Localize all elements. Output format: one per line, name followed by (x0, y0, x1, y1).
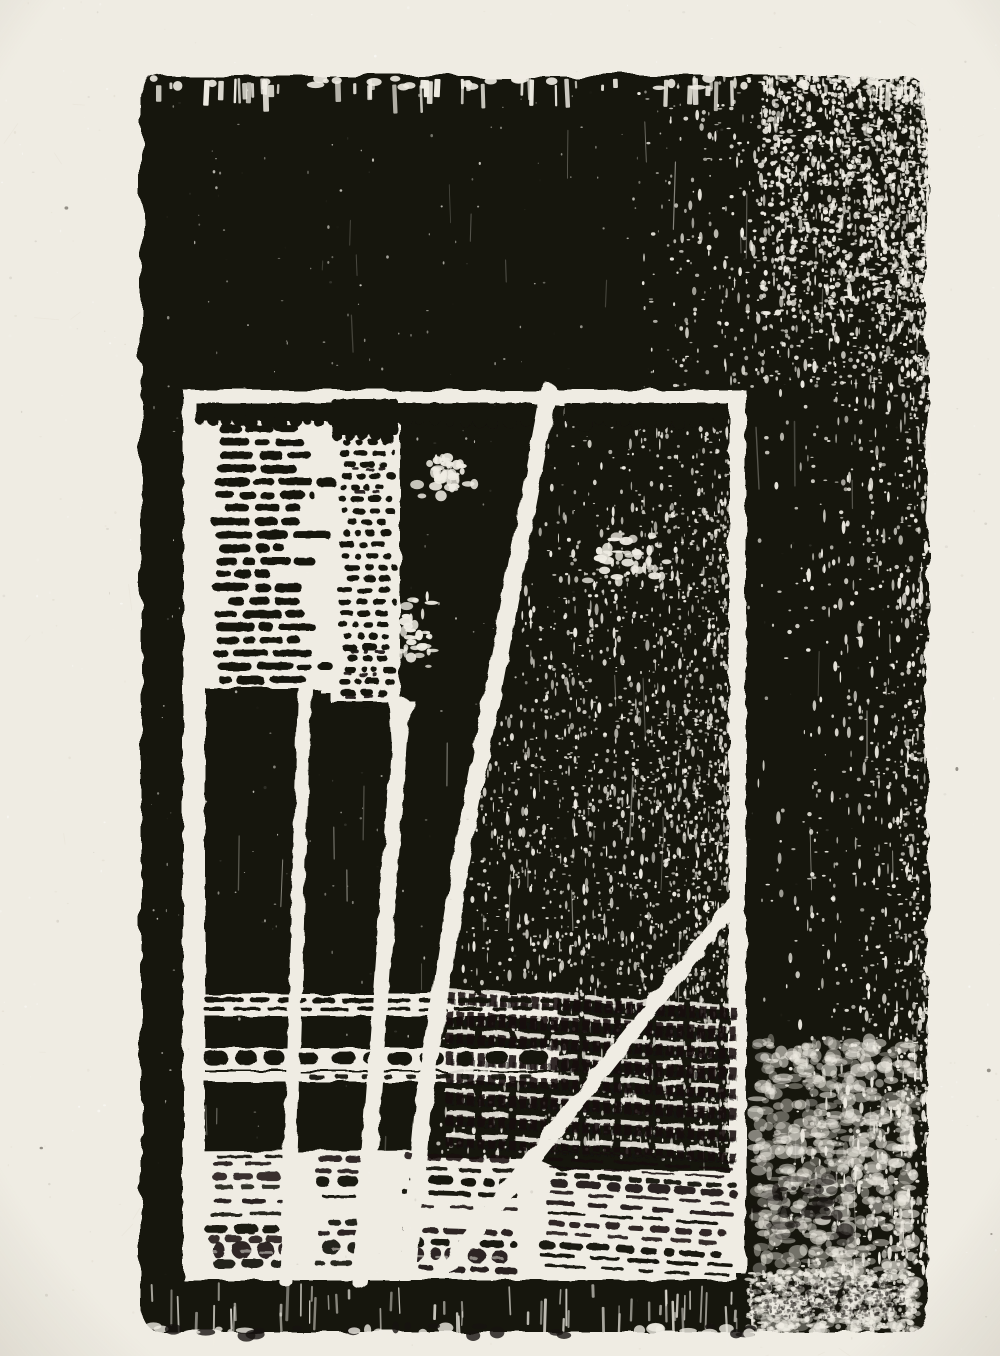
woodcut-print-scan (0, 0, 1000, 1356)
scanned-print-page (0, 0, 1000, 1356)
paper-grain-overlay (0, 0, 1000, 1356)
